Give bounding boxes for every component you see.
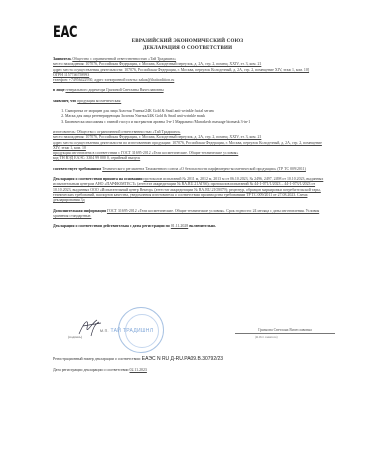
applicant-label: Заявитель	[53, 57, 71, 61]
declaration-page: EAC ЕВРАЗИЙСКИЙ ЭКОНОМИЧЕСКИЙ СОЮЗ ДЕКЛА…	[0, 0, 375, 450]
signature-caption: (подпись)	[68, 335, 82, 339]
conformity-section: соответствует требованиям Технического р…	[53, 167, 325, 172]
applicant-contacts: телефон: +74956422950, адрес электронной…	[53, 78, 174, 82]
document-title: ДЕКЛАРАЦИЯ О СООТВЕТСТВИИ	[0, 46, 375, 51]
declaration-body: Заявитель Общество с ограниченной ответс…	[53, 57, 325, 229]
signer-name: Грязнова Светлана Вячеславовна	[235, 328, 335, 334]
registration-number: Регистрационный номер декларации о соотв…	[53, 356, 223, 362]
stamp-text: М.П. ТАЙ ТРАДИШНЛ	[100, 328, 153, 334]
applicant-ogrn: ОГРН 1157746758993	[53, 73, 89, 77]
applicant-activity-address: адрес места осуществления деятельности: …	[53, 68, 309, 72]
registration-date: Дата регистрации декларации о соответств…	[53, 368, 147, 372]
additional-info: Дополнительная информация ГОСТ 31695-201…	[53, 209, 325, 220]
signer-caption: (Ф.И.О. заявителя)	[255, 336, 278, 339]
validity: Декларация о соответствии действительна …	[53, 224, 325, 229]
applicant-name: Общество с ограниченной ответственностью…	[72, 57, 176, 61]
manufacturer-section: изготовитель: Общество с ограниченной от…	[53, 130, 325, 162]
applicant-section: Заявитель Общество с ограниченной ответс…	[53, 57, 325, 83]
union-title: ЕВРАЗИЙСКИЙ ЭКОНОМИЧЕСКИЙ СОЮЗ	[0, 39, 375, 44]
product-list: Сыворотка от морщин для лица Золотая Ули…	[53, 109, 325, 125]
basis-section: Декларация о соответствии принята на осн…	[53, 177, 325, 203]
applicant-location: место нахождения: 107076, Российская Фед…	[53, 62, 261, 66]
